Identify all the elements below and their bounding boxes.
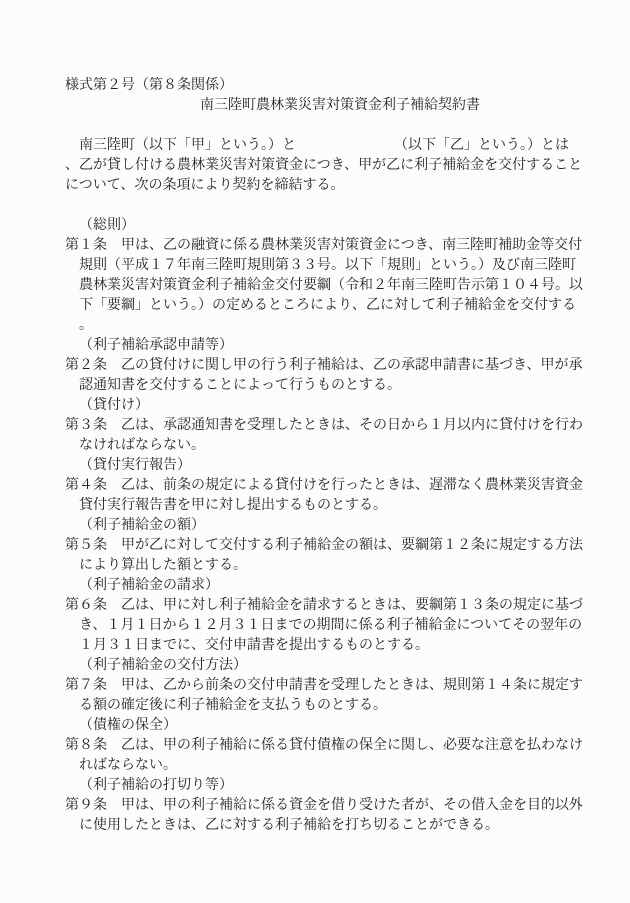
article-body: 第４条乙は、前条の規定による貸付けを行ったときは、遅滞なく農林業災害資金貸付実行… — [65, 476, 585, 516]
article-text: 甲が乙に対して交付する利子補給金の額は、要綱第１２条に規定する方法により算出した… — [79, 538, 583, 573]
article: （貸付実行報告） 第４条乙は、前条の規定による貸付けを行ったときは、遅滞なく農林… — [65, 456, 585, 516]
article-text: 乙は、甲の利子補給に係る貸付債権の保全に関し、必要な注意を払わなければならない。 — [79, 738, 583, 773]
article-body: 第６条乙は、甲に対し利子補給金を請求するときは、要綱第１３条の規定に基づき、１月… — [65, 596, 585, 656]
article: （債権の保全） 第８条乙は、甲の利子補給に係る貸付債権の保全に関し、必要な注意を… — [65, 716, 585, 776]
article-body: 第７条甲は、乙から前条の交付申請書を受理したときは、規則第１４条に規定する額の確… — [65, 676, 585, 716]
article-text: 乙は、前条の規定による貸付けを行ったときは、遅滞なく農林業災害資金貸付実行報告書… — [79, 478, 583, 513]
document-page: 様式第２号（第８条関係） 南三陸町農林業災害対策資金利子補給契約書 南三陸町（以… — [0, 0, 630, 903]
article-number: 第５条 — [65, 538, 107, 553]
intro-text: 、乙が貸し付ける農林業災害対策資金につき、甲が乙に利子補給金を交付することについ… — [65, 158, 582, 193]
form-number-label: 様式第２号（第８条関係） — [65, 76, 585, 96]
article-heading: （利子補給金の交付方法） — [65, 656, 585, 676]
article-text: 甲は、乙の融資に係る農林業災害対策資金につき、南三陸町補助金等交付規則（平成１７… — [79, 238, 583, 333]
article-heading: （利子補給金の額） — [65, 516, 585, 536]
article-text: 乙は、甲に対し利子補給金を請求するときは、要綱第１３条の規定に基づき、１月１日か… — [79, 598, 583, 653]
article-heading: （債権の保全） — [65, 716, 585, 736]
article-number-spacer — [107, 808, 121, 809]
articles-section: （総則） 第１条甲は、乙の融資に係る農林業災害対策資金につき、南三陸町補助金等交… — [65, 216, 585, 836]
intro-party-b: （以下「乙」という。）とは — [394, 138, 569, 153]
article-number: 第２条 — [65, 358, 107, 373]
article-number-spacer — [107, 368, 121, 369]
article-number: 第９条 — [65, 798, 107, 813]
article-body: 第５条甲が乙に対して交付する利子補給金の額は、要綱第１２条に規定する方法により算… — [65, 536, 585, 576]
article: （利子補給金の請求） 第６条乙は、甲に対し利子補給金を請求するときは、要綱第１３… — [65, 576, 585, 656]
article-text: 乙は、承認通知書を受理したときは、その日から１月以内に貸付けを行わなければならな… — [79, 418, 583, 453]
article-number-spacer — [107, 608, 121, 609]
article: （利子補給の打切り等） 第９条甲は、甲の利子補給に係る資金を借り受けた者が、その… — [65, 776, 585, 836]
article: （総則） 第１条甲は、乙の融資に係る農林業災害対策資金につき、南三陸町補助金等交… — [65, 216, 585, 336]
party-b-name-blank — [296, 148, 394, 149]
article-number-spacer — [107, 548, 121, 549]
article-number-spacer — [107, 248, 121, 249]
article-number: 第４条 — [65, 478, 107, 493]
article-text: 甲は、甲の利子補給に係る資金を借り受けた者が、その借入金を目的以外に使用したとき… — [79, 798, 583, 833]
article-body: 第２条乙の貸付けに関し甲の行う利子補給は、乙の承認申請書に基づき、甲が承認通知書… — [65, 356, 585, 396]
article: （貸付け） 第３条乙は、承認通知書を受理したときは、その日から１月以内に貸付けを… — [65, 396, 585, 456]
intro-paragraph: 南三陸町（以下「甲」という。）と（以下「乙」という。）とは、乙が貸し付ける農林業… — [65, 136, 585, 196]
article-number-spacer — [107, 488, 121, 489]
article: （利子補給金の額） 第５条甲が乙に対して交付する利子補給金の額は、要綱第１２条に… — [65, 516, 585, 576]
article-text: 乙の貸付けに関し甲の行う利子補給は、乙の承認申請書に基づき、甲が承認通知書を交付… — [79, 358, 582, 393]
article-heading: （利子補給金の請求） — [65, 576, 585, 596]
article: （利子補給金の交付方法） 第７条甲は、乙から前条の交付申請書を受理したときは、規… — [65, 656, 585, 716]
article-number: 第７条 — [65, 678, 107, 693]
article-body: 第８条乙は、甲の利子補給に係る貸付債権の保全に関し、必要な注意を払わなければなら… — [65, 736, 585, 776]
intro-party-a: 南三陸町（以下「甲」という。）と — [79, 138, 296, 153]
article-number: 第１条 — [65, 238, 107, 253]
article-text: 甲は、乙から前条の交付申請書を受理したときは、規則第１４条に規定する額の確定後に… — [79, 678, 583, 713]
article-number-spacer — [107, 428, 121, 429]
article-number-spacer — [107, 748, 121, 749]
article-number: 第３条 — [65, 418, 107, 433]
article-body: 第３条乙は、承認通知書を受理したときは、その日から１月以内に貸付けを行わなければ… — [65, 416, 585, 456]
document-title: 南三陸町農林業災害対策資金利子補給契約書 — [65, 96, 585, 116]
article-number: 第６条 — [65, 598, 107, 613]
article-body: 第１条甲は、乙の融資に係る農林業災害対策資金につき、南三陸町補助金等交付規則（平… — [65, 236, 585, 336]
article-heading: （利子補給の打切り等） — [65, 776, 585, 796]
article-heading: （総則） — [65, 216, 585, 236]
article-heading: （利子補給承認申請等） — [65, 336, 585, 356]
article-heading: （貸付実行報告） — [65, 456, 585, 476]
article-heading: （貸付け） — [65, 396, 585, 416]
article-number-spacer — [107, 688, 121, 689]
article: （利子補給承認申請等） 第２条乙の貸付けに関し甲の行う利子補給は、乙の承認申請書… — [65, 336, 585, 396]
article-number: 第８条 — [65, 738, 107, 753]
article-body: 第９条甲は、甲の利子補給に係る資金を借り受けた者が、その借入金を目的以外に使用し… — [65, 796, 585, 836]
